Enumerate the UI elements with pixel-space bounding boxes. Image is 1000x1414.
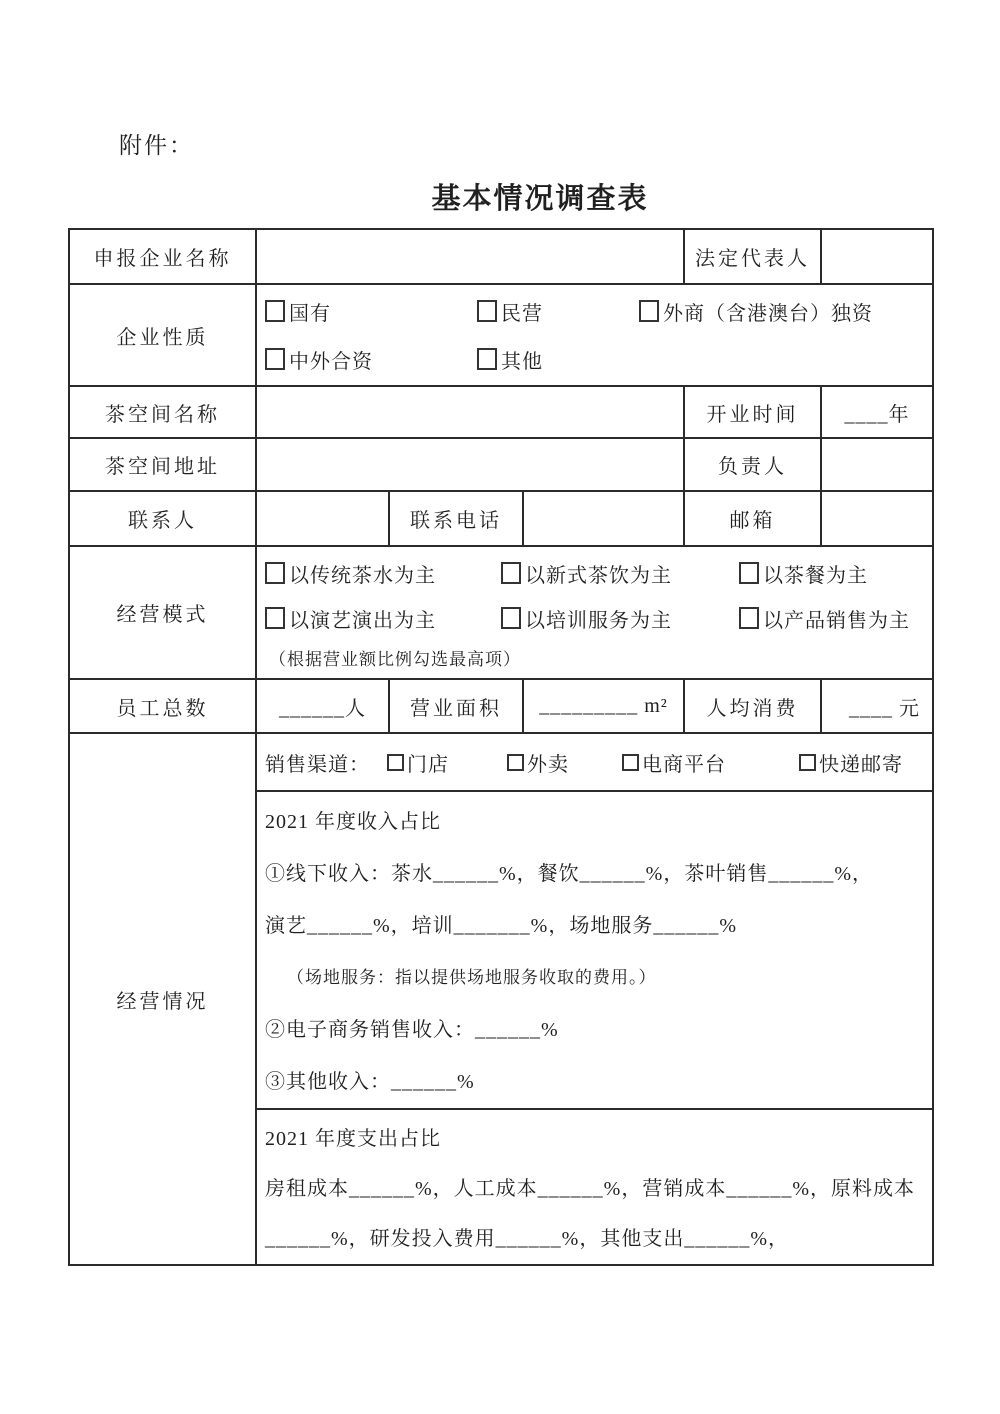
checkbox-icon[interactable] [739, 562, 759, 584]
option-label: 以演艺演出为主 [289, 604, 436, 633]
label-space-address: 茶空间地址 [69, 438, 256, 491]
sales-channels-label: 销售渠道： [265, 748, 387, 777]
option-product-sales[interactable]: 以产品销售为主 [739, 604, 910, 633]
document-page: 附件： 基本情况调查表 申报企业名称 法定代表人 企业性质 国有 [0, 0, 1000, 1414]
checkbox-icon[interactable] [265, 607, 285, 629]
option-training-service[interactable]: 以培训服务为主 [501, 604, 739, 633]
checkbox-icon[interactable] [265, 562, 285, 584]
checkbox-icon[interactable] [265, 300, 285, 322]
row-company: 申报企业名称 法定代表人 [69, 229, 933, 284]
option-joint-venture[interactable]: 中外合资 [265, 345, 477, 374]
income-offline-line-2: 演艺______%，培训_______%，场地服务______% [265, 900, 920, 952]
checkbox-icon[interactable] [387, 754, 404, 771]
income-section: 2021 年度收入占比 ①线下收入：茶水______%，餐饮______%，茶叶… [256, 791, 933, 1109]
survey-form-table: 申报企业名称 法定代表人 企业性质 国有 民营 [68, 228, 934, 1266]
principal-input[interactable] [821, 438, 933, 491]
channel-ecommerce-platform[interactable]: 电商平台 [622, 748, 799, 777]
income-heading: 2021 年度收入占比 [265, 796, 920, 848]
enterprise-nature-options: 国有 民营 外商（含港澳台）独资 中外合资 [256, 284, 933, 386]
label-principal: 负责人 [684, 438, 821, 491]
checkbox-icon[interactable] [477, 348, 497, 370]
label-space-name: 茶空间名称 [69, 386, 256, 438]
option-label: 以产品销售为主 [763, 604, 910, 633]
checkbox-icon[interactable] [501, 607, 521, 629]
checkbox-icon[interactable] [501, 562, 521, 584]
row-enterprise-nature: 企业性质 国有 民营 外商（含港澳台）独资 [69, 284, 933, 386]
nature-options-line-2: 中外合资 其他 [265, 335, 928, 383]
checkbox-icon[interactable] [799, 754, 816, 771]
option-label: 外商（含港澳台）独资 [663, 297, 873, 326]
opening-time-input[interactable]: ____年 [821, 386, 933, 438]
mode-options-line-2: 以演艺演出为主 以培训服务为主 以产品销售为主 [265, 596, 928, 641]
option-label: 快递邮寄 [819, 748, 903, 777]
expense-section: 2021 年度支出占比 房租成本______%，人工成本______%，营销成本… [256, 1109, 933, 1265]
option-label: 以培训服务为主 [525, 604, 672, 633]
checkbox-icon[interactable] [477, 300, 497, 322]
mode-options-line-1: 以传统茶水为主 以新式茶饮为主 以茶餐为主 [265, 551, 928, 596]
contact-person-input[interactable] [256, 491, 389, 546]
business-area-input[interactable]: _________ m² [523, 679, 684, 733]
business-mode-options: 以传统茶水为主 以新式茶饮为主 以茶餐为主 以演艺演出为主 [256, 546, 933, 679]
option-state-owned[interactable]: 国有 [265, 297, 477, 326]
attachment-label: 附件： [119, 127, 194, 160]
space-address-input[interactable] [256, 438, 684, 491]
label-business-area: 营业面积 [389, 679, 523, 733]
contact-phone-input[interactable] [523, 491, 684, 546]
label-email: 邮箱 [684, 491, 821, 546]
label-per-capita: 人均消费 [684, 679, 821, 733]
checkbox-icon[interactable] [265, 348, 285, 370]
legal-rep-input[interactable] [821, 229, 933, 284]
option-performance[interactable]: 以演艺演出为主 [265, 604, 501, 633]
option-label: 其他 [501, 345, 543, 374]
income-other-line: ③其他收入：______% [265, 1056, 920, 1108]
label-contact-phone: 联系电话 [389, 491, 523, 546]
sales-channels-line: 销售渠道： 门店 外卖 电商平台 快递邮寄 [265, 748, 928, 777]
channel-store[interactable]: 门店 [387, 748, 507, 777]
checkbox-icon[interactable] [639, 300, 659, 322]
option-label: 以传统茶水为主 [289, 559, 436, 588]
option-foreign-owned[interactable]: 外商（含港澳台）独资 [639, 297, 873, 326]
option-label: 以新式茶饮为主 [525, 559, 672, 588]
expense-heading: 2021 年度支出占比 [265, 1114, 920, 1164]
option-label: 以茶餐为主 [763, 559, 868, 588]
option-other[interactable]: 其他 [477, 345, 543, 374]
row-sales-channels: 经营情况 销售渠道： 门店 外卖 电商平台 [69, 733, 933, 791]
row-staff-area: 员工总数 ______人 营业面积 _________ m² 人均消费 ____… [69, 679, 933, 733]
nature-options-line-1: 国有 民营 外商（含港澳台）独资 [265, 287, 928, 335]
option-private[interactable]: 民营 [477, 297, 639, 326]
label-business-mode: 经营模式 [69, 546, 256, 679]
checkbox-icon[interactable] [739, 607, 759, 629]
option-traditional-tea[interactable]: 以传统茶水为主 [265, 559, 501, 588]
space-name-input[interactable] [256, 386, 684, 438]
form-title: 基本情况调查表 [431, 176, 648, 217]
label-enterprise-nature: 企业性质 [69, 284, 256, 386]
checkbox-icon[interactable] [507, 754, 524, 771]
email-input[interactable] [821, 491, 933, 546]
business-mode-note: （根据营业额比例勾选最高项） [265, 641, 928, 675]
label-legal-rep: 法定代表人 [684, 229, 821, 284]
channel-takeout[interactable]: 外卖 [507, 748, 622, 777]
option-label: 国有 [289, 297, 331, 326]
checkbox-icon[interactable] [622, 754, 639, 771]
row-contact: 联系人 联系电话 邮箱 [69, 491, 933, 546]
label-contact-person: 联系人 [69, 491, 256, 546]
income-offline-line-1: ①线下收入：茶水______%，餐饮______%，茶叶销售______%， [265, 848, 920, 900]
option-tea-meal[interactable]: 以茶餐为主 [739, 559, 868, 588]
option-label: 外卖 [527, 748, 569, 777]
sales-channels-cell: 销售渠道： 门店 外卖 电商平台 快递邮寄 [256, 733, 933, 791]
label-operation-status: 经营情况 [69, 733, 256, 1265]
row-business-mode: 经营模式 以传统茶水为主 以新式茶饮为主 以茶餐为主 [69, 546, 933, 679]
staff-total-input[interactable]: ______人 [256, 679, 389, 733]
label-company-name: 申报企业名称 [69, 229, 256, 284]
channel-express-mail[interactable]: 快递邮寄 [799, 748, 903, 777]
label-staff-total: 员工总数 [69, 679, 256, 733]
row-address: 茶空间地址 负责人 [69, 438, 933, 491]
income-ecommerce-line: ②电子商务销售收入：______% [265, 1004, 920, 1056]
option-label: 民营 [501, 297, 543, 326]
income-venue-note: （场地服务：指以提供场地服务收取的费用。） [265, 952, 920, 1004]
option-label: 门店 [407, 748, 449, 777]
option-new-style-tea[interactable]: 以新式茶饮为主 [501, 559, 739, 588]
row-space-name: 茶空间名称 开业时间 ____年 [69, 386, 933, 438]
label-opening-time: 开业时间 [684, 386, 821, 438]
option-label: 电商平台 [642, 748, 726, 777]
option-label: 中外合资 [289, 345, 373, 374]
company-name-input[interactable] [256, 229, 684, 284]
per-capita-input[interactable]: ____ 元 [821, 679, 933, 733]
expense-body: 房租成本______%，人工成本______%，营销成本______%，原料成本… [265, 1164, 920, 1264]
